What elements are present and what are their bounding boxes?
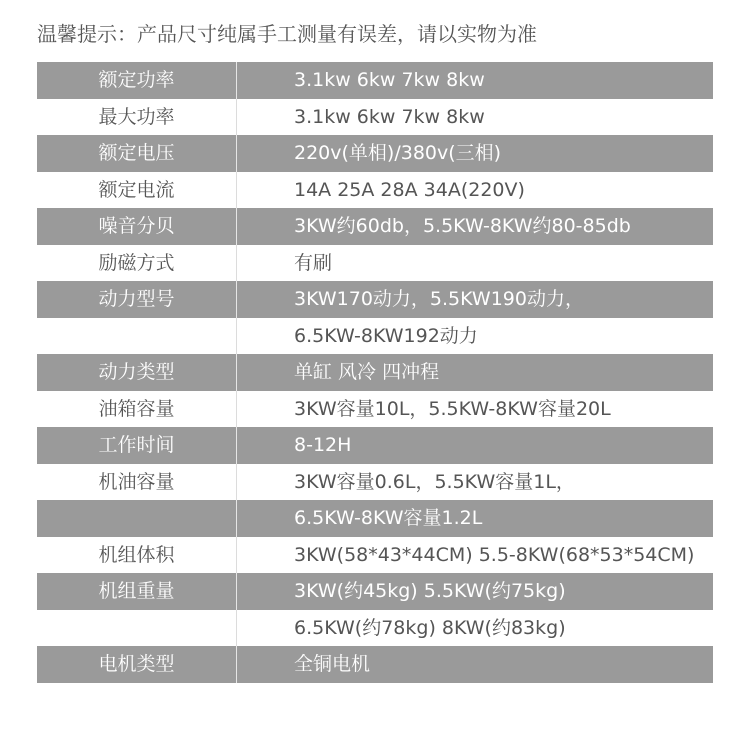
spec-value: 3KW170动力，5.5KW190动力， (237, 281, 713, 318)
spec-label: 油箱容量 (37, 391, 237, 428)
spec-row-fuel-tank: 油箱容量 3KW容量10L，5.5KW-8KW容量20L (37, 391, 713, 428)
spec-label: 额定电压 (37, 135, 237, 172)
spec-row-engine-type: 动力类型 单缸 风冷 四冲程 (37, 354, 713, 391)
spec-label: 最大功率 (37, 99, 237, 136)
spec-value: 6.5KW(约78kg) 8KW(约83kg) (237, 610, 713, 647)
spec-row-rated-power: 额定功率 3.1kw 6kw 7kw 8kw (37, 62, 713, 99)
spec-row-max-power: 最大功率 3.1kw 6kw 7kw 8kw (37, 99, 713, 136)
measurement-notice: 温馨提示：产品尺寸纯属手工测量有误差，请以实物为准 (37, 18, 537, 47)
spec-value: 220v(单相)/380v(三相) (237, 135, 713, 172)
spec-row-engine-model: 动力型号 3KW170动力，5.5KW190动力， (37, 281, 713, 318)
spec-value: 6.5KW-8KW容量1.2L (237, 500, 713, 537)
spec-value: 单缸 风冷 四冲程 (237, 354, 713, 391)
spec-row-rated-current: 额定电流 14A 25A 28A 34A(220V) (37, 172, 713, 209)
spec-label: 机油容量 (37, 464, 237, 501)
spec-row-rated-voltage: 额定电压 220v(单相)/380v(三相) (37, 135, 713, 172)
spec-label (37, 500, 237, 537)
spec-value: 8-12H (237, 427, 713, 464)
spec-row-motor-type: 电机类型 全铜电机 (37, 646, 713, 683)
spec-label (37, 610, 237, 647)
spec-row-dimensions: 机组体积 3KW(58*43*44CM) 5.5-8KW(68*53*54CM) (37, 537, 713, 574)
spec-label: 工作时间 (37, 427, 237, 464)
spec-label: 额定电流 (37, 172, 237, 209)
spec-label: 噪音分贝 (37, 208, 237, 245)
spec-label: 机组重量 (37, 573, 237, 610)
spec-row-oil-capacity: 机油容量 3KW容量0.6L，5.5KW容量1L， (37, 464, 713, 501)
spec-row-oil-capacity-cont: 6.5KW-8KW容量1.2L (37, 500, 713, 537)
spec-value: 有刷 (237, 245, 713, 282)
spec-value: 全铜电机 (237, 646, 713, 683)
spec-value: 3KW(约45kg) 5.5KW(约75kg) (237, 573, 713, 610)
spec-label: 励磁方式 (37, 245, 237, 282)
spec-value: 14A 25A 28A 34A(220V) (237, 172, 713, 209)
spec-value: 3KW约60db，5.5KW-8KW约80-85db (237, 208, 713, 245)
spec-label: 动力类型 (37, 354, 237, 391)
spec-value: 3KW容量10L，5.5KW-8KW容量20L (237, 391, 713, 428)
spec-table: 额定功率 3.1kw 6kw 7kw 8kw 最大功率 3.1kw 6kw 7k… (37, 62, 713, 683)
spec-value: 3KW(58*43*44CM) 5.5-8KW(68*53*54CM) (237, 537, 713, 574)
spec-row-weight-cont: 6.5KW(约78kg) 8KW(约83kg) (37, 610, 713, 647)
spec-row-excitation: 励磁方式 有刷 (37, 245, 713, 282)
spec-label: 动力型号 (37, 281, 237, 318)
spec-row-run-time: 工作时间 8-12H (37, 427, 713, 464)
spec-label: 机组体积 (37, 537, 237, 574)
spec-row-noise: 噪音分贝 3KW约60db，5.5KW-8KW约80-85db (37, 208, 713, 245)
spec-label: 额定功率 (37, 62, 237, 99)
spec-value: 3.1kw 6kw 7kw 8kw (237, 99, 713, 136)
spec-label (37, 318, 237, 355)
spec-value: 3.1kw 6kw 7kw 8kw (237, 62, 713, 99)
spec-row-weight: 机组重量 3KW(约45kg) 5.5KW(约75kg) (37, 573, 713, 610)
spec-row-engine-model-cont: 6.5KW-8KW192动力 (37, 318, 713, 355)
spec-label: 电机类型 (37, 646, 237, 683)
spec-value: 6.5KW-8KW192动力 (237, 318, 713, 355)
spec-value: 3KW容量0.6L，5.5KW容量1L， (237, 464, 713, 501)
